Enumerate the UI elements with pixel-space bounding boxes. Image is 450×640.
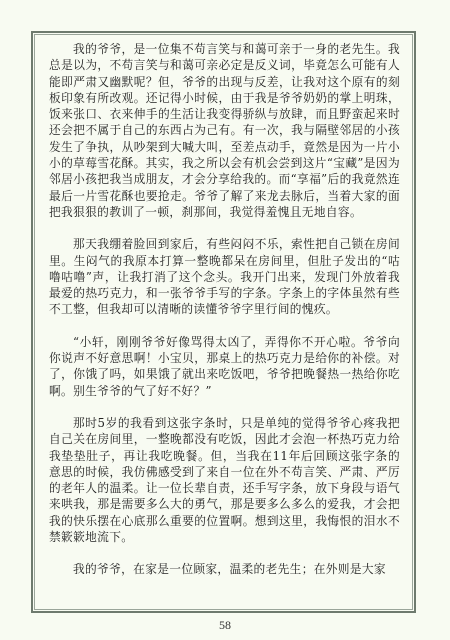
page-number: 58	[0, 618, 450, 633]
paragraph-2: 那天我绷着脸回到家后，有些闷闷不乐，索性把自己锁在房间里。生闷气的我原本打算一整…	[49, 236, 400, 317]
paragraph-5: 我的爷爷，在家是一位顾家，温柔的老先生；在外则是大家	[49, 561, 400, 577]
paragraph-4: 那时5岁的我看到这张字条时，只是单纯的觉得爷爷心疼我把自己关在房间里，一整晚都没…	[49, 415, 400, 545]
paragraph-3-note-quote: “小轩，刚刚爷爷好像骂得太凶了，弄得你不开心啦。爷爷向你说声不好意思啊！小宝贝，…	[49, 334, 400, 399]
page-content: 我的爷爷，是一位集不苟言笑与和蔼可亲于一身的老先生。我总是以为，不苟言笑与和蔼可…	[49, 41, 400, 578]
page-frame: 我的爷爷，是一位集不苟言笑与和蔼可亲于一身的老先生。我总是以为，不苟言笑与和蔼可…	[31, 31, 416, 613]
paragraph-1: 我的爷爷，是一位集不苟言笑与和蔼可亲于一身的老先生。我总是以为，不苟言笑与和蔼可…	[49, 41, 400, 220]
